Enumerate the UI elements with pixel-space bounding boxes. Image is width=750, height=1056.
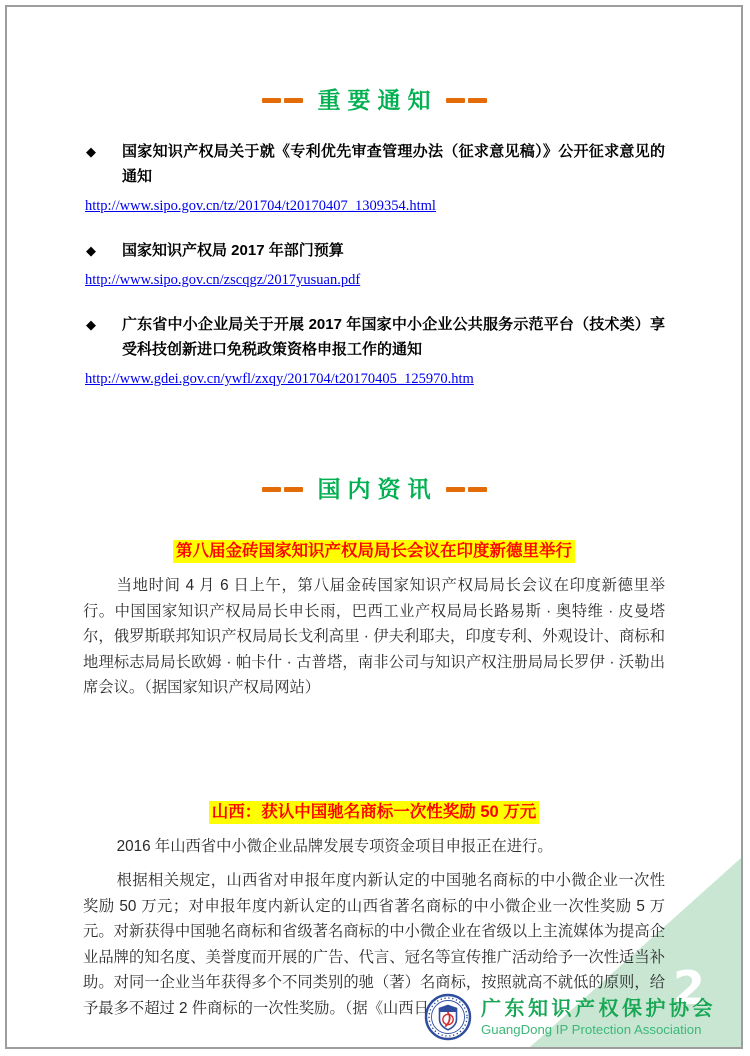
footer-brand: 广东知识产权保护协会 GuangDong IP Protection Assoc… xyxy=(424,993,716,1041)
article-paragraph: 2016 年山西省中小微企业品牌发展专项资金项目申报正在进行。 xyxy=(83,834,665,860)
screenshot-root: { "glyphs": { "bullet": "◆" }, "colors":… xyxy=(0,0,750,1056)
news-section-title: 国内资讯 xyxy=(318,474,438,504)
notice-title: 国家知识产权局关于就《专利优先审查管理办法（征求意见稿）》公开征求意见的通知 xyxy=(122,139,665,189)
diamond-bullet-icon: ◆ xyxy=(83,139,122,189)
article-paragraph: 当地时间 4 月 6 日上午，第八届金砖国家知识产权局局长会议在印度新德里举行。… xyxy=(83,573,665,701)
article-headline: 第八届金砖国家知识产权局局长会议在印度新德里举行 xyxy=(173,540,575,563)
article-headline-wrap: 山西：获认中国驰名商标一次性奖励 50 万元 xyxy=(83,801,665,824)
notice-title: 国家知识产权局 2017 年部门预算 xyxy=(122,238,344,263)
notice-title: 广东省中小企业局关于开展 2017 年国家中小企业公共服务示范平台（技术类）享受… xyxy=(122,312,665,362)
left-dash-decoration xyxy=(262,487,303,492)
right-dash-decoration xyxy=(446,98,487,103)
association-name-en: GuangDong IP Protection Association xyxy=(481,1022,716,1038)
article-headline-wrap: 第八届金砖国家知识产权局局长会议在印度新德里举行 xyxy=(83,540,665,563)
document-content: 重要通知 ◆ 国家知识产权局关于就《专利优先审查管理办法（征求意见稿）》公开征求… xyxy=(7,85,741,1021)
notices-list: ◆ 国家知识产权局关于就《专利优先审查管理办法（征求意见稿）》公开征求意见的通知… xyxy=(83,139,665,390)
notice-item: ◆ 广东省中小企业局关于开展 2017 年国家中小企业公共服务示范平台（技术类）… xyxy=(83,312,665,390)
notice-link[interactable]: http://www.gdei.gov.cn/ywfl/zxqy/201704/… xyxy=(85,368,474,390)
association-name-cn: 广东知识产权保护协会 xyxy=(481,997,716,1021)
left-dash-decoration xyxy=(262,98,303,103)
diamond-bullet-icon: ◆ xyxy=(83,312,122,362)
notices-section-title: 重要通知 xyxy=(318,85,438,115)
notice-item: ◆ 国家知识产权局关于就《专利优先审查管理办法（征求意见稿）》公开征求意见的通知… xyxy=(83,139,665,217)
article-headline: 山西：获认中国驰名商标一次性奖励 50 万元 xyxy=(209,801,540,824)
document-page: 重要通知 ◆ 国家知识产权局关于就《专利优先审查管理办法（征求意见稿）》公开征求… xyxy=(5,5,743,1049)
section-header-notices: 重要通知 xyxy=(83,85,665,115)
notice-link[interactable]: http://www.sipo.gov.cn/zscqgz/2017yusuan… xyxy=(85,269,360,291)
section-header-news: 国内资讯 xyxy=(83,474,665,504)
notice-link[interactable]: http://www.sipo.gov.cn/tz/201704/t201704… xyxy=(85,195,436,217)
association-logo-icon xyxy=(424,993,472,1041)
notice-item: ◆ 国家知识产权局 2017 年部门预算 http://www.sipo.gov… xyxy=(83,238,665,291)
right-dash-decoration xyxy=(446,487,487,492)
association-name: 广东知识产权保护协会 GuangDong IP Protection Assoc… xyxy=(481,997,716,1038)
diamond-bullet-icon: ◆ xyxy=(83,238,122,263)
